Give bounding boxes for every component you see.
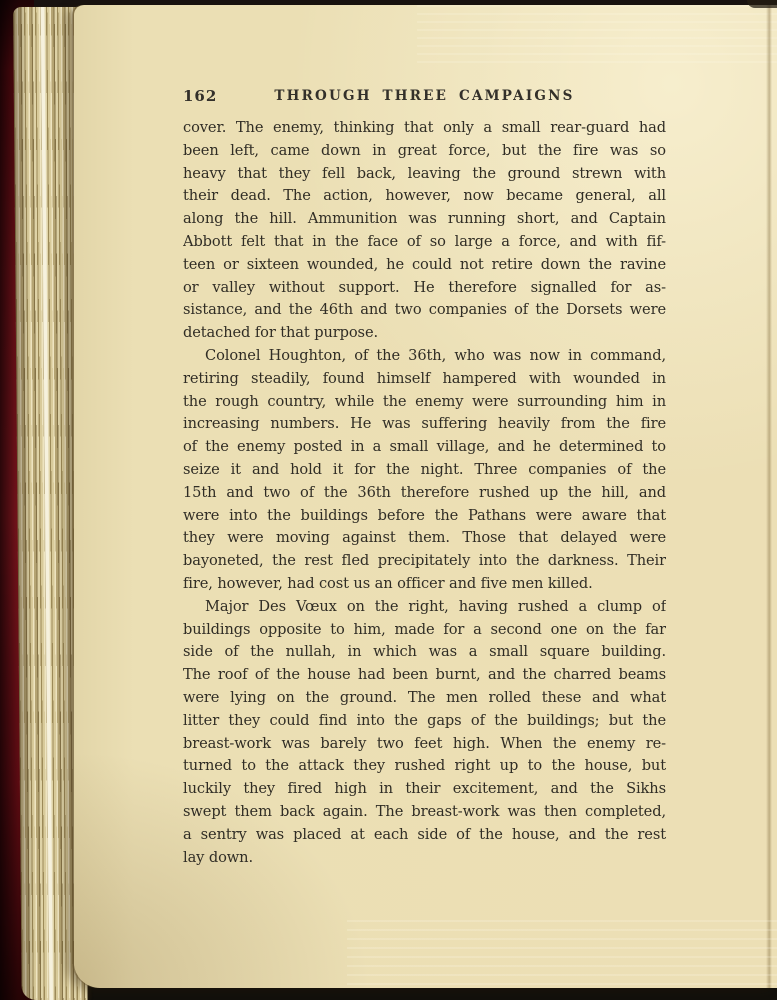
text-line: or valley without support. He therefore … bbox=[183, 277, 666, 300]
text-line: they were moving against them. Those tha… bbox=[183, 527, 666, 550]
text-line: Colonel Houghton, of the 36th, who was n… bbox=[183, 345, 666, 368]
text-line: The roof of the house had been burnt, an… bbox=[183, 664, 666, 687]
text-line: cover. The enemy, thinking that only a s… bbox=[183, 117, 666, 140]
book-photo: 162 THROUGH THREE CAMPAIGNS cover. The e… bbox=[0, 0, 777, 1000]
text-line: teen or sixteen wounded, he could not re… bbox=[183, 254, 666, 277]
text-line: Major Des Vœux on the right, having rush… bbox=[183, 596, 666, 619]
text-line: Abbott felt that in the face of so large… bbox=[183, 231, 666, 254]
text-line: detached for that purpose. bbox=[183, 322, 666, 345]
text-line: along the hill. Ammunition was running s… bbox=[183, 208, 666, 231]
text-line: luckily they fired high in their excitem… bbox=[183, 778, 666, 801]
text-line: increasing numbers. He was suffering hea… bbox=[183, 413, 666, 436]
text-line: litter they could find into the gaps of … bbox=[183, 710, 666, 733]
text-line: lay down. bbox=[183, 847, 666, 870]
text-line: swept them back again. The breast-work w… bbox=[183, 801, 666, 824]
photo-corner-shadow bbox=[747, 0, 777, 8]
text-line: seize it and hold it for the night. Thre… bbox=[183, 459, 666, 482]
text-line: buildings opposite to him, made for a se… bbox=[183, 619, 666, 642]
page-number: 162 bbox=[183, 87, 217, 105]
page-text: cover. The enemy, thinking that only a s… bbox=[183, 117, 666, 869]
text-line: bayoneted, the rest fled precipitately i… bbox=[183, 550, 666, 573]
text-line: been left, came down in great force, but… bbox=[183, 140, 666, 163]
text-line: retiring steadily, found himself hampere… bbox=[183, 368, 666, 391]
running-title: THROUGH THREE CAMPAIGNS bbox=[183, 87, 666, 104]
text-line: of the enemy posted in a small village, … bbox=[183, 436, 666, 459]
running-head: 162 THROUGH THREE CAMPAIGNS bbox=[183, 87, 666, 107]
text-line: fire, however, had cost us an officer an… bbox=[183, 573, 666, 596]
text-line: breast-work was barely two feet high. Wh… bbox=[183, 733, 666, 756]
text-line: side of the nullah, in which was a small… bbox=[183, 641, 666, 664]
text-line: turned to the attack they rushed right u… bbox=[183, 755, 666, 778]
book-page: 162 THROUGH THREE CAMPAIGNS cover. The e… bbox=[74, 5, 777, 988]
text-line: their dead. The action, however, now bec… bbox=[183, 185, 666, 208]
text-line: sistance, and the 46th and two companies… bbox=[183, 299, 666, 322]
text-line: the rough country, while the enemy were … bbox=[183, 391, 666, 414]
text-line: were lying on the ground. The men rolled… bbox=[183, 687, 666, 710]
text-line: a sentry was placed at each side of the … bbox=[183, 824, 666, 847]
text-line: 15th and two of the 36th therefore rushe… bbox=[183, 482, 666, 505]
text-line: were into the buildings before the Patha… bbox=[183, 505, 666, 528]
text-line: heavy that they fell back, leaving the g… bbox=[183, 163, 666, 186]
page-crease bbox=[766, 5, 772, 988]
